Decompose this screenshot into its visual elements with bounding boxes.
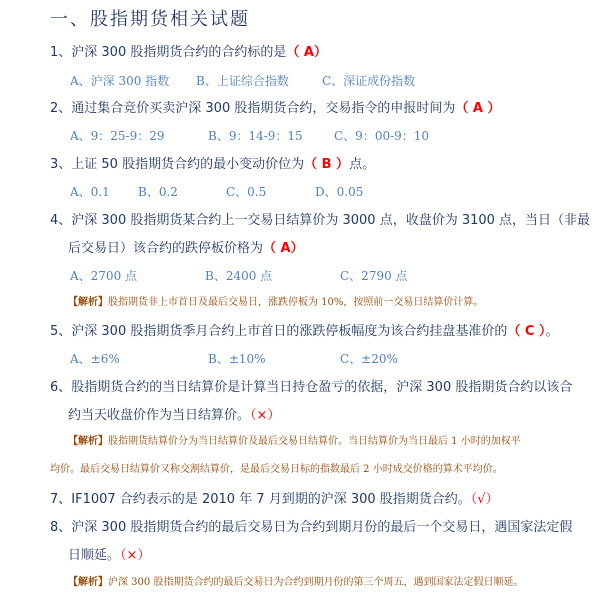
question-8-continued: 日顺延。（×） — [68, 549, 150, 562]
option-a: A、0.1 — [70, 186, 110, 198]
analysis-tag: 【解析】 — [68, 577, 108, 588]
answer-mark: （ A） — [286, 45, 327, 60]
answer-mark: （×） — [250, 408, 280, 423]
option-d: D、0.05 — [315, 186, 363, 198]
section-title: 一、股指期货相关试题 — [50, 11, 250, 29]
question-number: 5、 — [50, 324, 71, 339]
answer-mark: （ A） — [263, 241, 304, 256]
question-text: IF1007 合约表示的是 2010 年 7 月到期的沪深 300 股指期货合约… — [71, 492, 471, 507]
answer-mark: （ A ） — [455, 101, 500, 116]
question-text: 沪深 300 股指期货合约的合约标的是 — [71, 45, 286, 60]
question-4-continued: 后交易日）该合约的跌停板价格为（ A） — [68, 242, 304, 255]
question-number: 4、 — [50, 213, 71, 228]
question-number: 6、 — [50, 380, 71, 395]
analysis-tag: 【解析】 — [68, 436, 108, 447]
option-a: A、9：25-9：29 — [70, 130, 165, 142]
analysis-tag: 【解析】 — [68, 297, 108, 308]
option-a: A、沪深 300 指数 — [70, 75, 169, 87]
option-c: C、±20% — [340, 353, 398, 365]
question-suffix: 。 — [545, 324, 558, 339]
analysis-6: 【解析】股指期货结算价分为当日结算价及最后交易日结算价。当日结算价为当日最后 1… — [68, 437, 521, 447]
question-4: 4、沪深 300 股指期货某合约上一交易日结算价为 3000 点，收盘价为 31… — [50, 214, 590, 227]
option-b: B、2400 点 — [205, 270, 272, 282]
question-6: 6、股指期货合约的当日结算价是计算当日持仓盈亏的依据，沪深 300 股指期货合约… — [50, 381, 572, 394]
option-b: B、0.2 — [138, 186, 178, 198]
option-c: C、深证成份指数 — [322, 75, 415, 87]
question-6-continued: 约当天收盘价作为当日结算价。（×） — [68, 409, 280, 422]
answer-mark: （√） — [471, 492, 499, 507]
option-c: C、9：00-9：10 — [334, 130, 429, 142]
answer-mark: （×） — [120, 548, 150, 563]
question-text: 通过集合竞价买卖沪深 300 股指期货合约，交易指令的申报时间为 — [71, 101, 455, 116]
answer-mark: （ C ） — [507, 324, 545, 339]
answer-mark: （ B ） — [304, 157, 349, 172]
question-8: 8、沪深 300 股指期货合约的最后交易日为合约到期月份的最后一个交易日，遇国家… — [50, 521, 572, 534]
option-a: A、2700 点 — [70, 270, 137, 282]
option-c: C、2790 点 — [340, 270, 408, 282]
option-c: C、0.5 — [226, 186, 266, 198]
analysis-text: 股指期货结算价分为当日结算价及最后交易日结算价。当日结算价为当日最后 1 小时的… — [108, 436, 521, 447]
question-number: 3、 — [50, 157, 71, 172]
question-text: 约当天收盘价作为当日结算价。 — [68, 408, 250, 423]
question-text: 股指期货合约的当日结算价是计算当日持仓盈亏的依据，沪深 300 股指期货合约以该… — [71, 380, 572, 395]
question-5: 5、沪深 300 股指期货季月合约上市首日的涨跌停板幅度为该合约挂盘基准价的（ … — [50, 325, 558, 338]
analysis-6-continued: 均价。最后交易日结算价又称交割结算价，是最后交易日标的指数最后 2 小时成交价格… — [50, 465, 503, 475]
analysis-text: 沪深 300 股指期货合约的最后交易日为合约到期月份的第三个周五，遇到国家法定假… — [108, 577, 523, 588]
question-text: 沪深 300 股指期货季月合约上市首日的涨跌停板幅度为该合约挂盘基准价的 — [71, 324, 507, 339]
question-3: 3、上证 50 股指期货合约的最小变动价位为（ B ）点。 — [50, 158, 375, 171]
analysis-4: 【解析】股指期货非上市首日及最后交易日，涨跌停板为 10%，按照前一交易日结算价… — [68, 298, 483, 308]
question-1: 1、沪深 300 股指期货合约的合约标的是（ A） — [50, 46, 327, 59]
question-number: 2、 — [50, 101, 71, 116]
question-text: 后交易日）该合约的跌停板价格为 — [68, 241, 263, 256]
question-text: 上证 50 股指期货合约的最小变动价位为 — [71, 157, 304, 172]
option-b: B、±10% — [208, 353, 266, 365]
question-number: 8、 — [50, 520, 71, 535]
option-a: A、±6% — [70, 353, 120, 365]
question-number: 1、 — [50, 45, 71, 60]
question-7: 7、IF1007 合约表示的是 2010 年 7 月到期的沪深 300 股指期货… — [50, 493, 499, 506]
question-number: 7、 — [50, 492, 71, 507]
option-b: B、上证综合指数 — [196, 75, 289, 87]
question-text: 日顺延。 — [68, 548, 120, 563]
question-suffix: 点。 — [349, 157, 375, 172]
question-2: 2、通过集合竞价买卖沪深 300 股指期货合约，交易指令的申报时间为（ A ） — [50, 102, 500, 115]
question-text: 沪深 300 股指期货合约的最后交易日为合约到期月份的最后一个交易日，遇国家法定… — [71, 520, 572, 535]
question-text: 沪深 300 股指期货某合约上一交易日结算价为 3000 点，收盘价为 3100… — [71, 213, 590, 228]
option-b: B、9：14-9：15 — [208, 130, 303, 142]
analysis-8: 【解析】沪深 300 股指期货合约的最后交易日为合约到期月份的第三个周五，遇到国… — [68, 578, 523, 588]
analysis-text: 股指期货非上市首日及最后交易日，涨跌停板为 10%，按照前一交易日结算价计算。 — [108, 297, 483, 308]
